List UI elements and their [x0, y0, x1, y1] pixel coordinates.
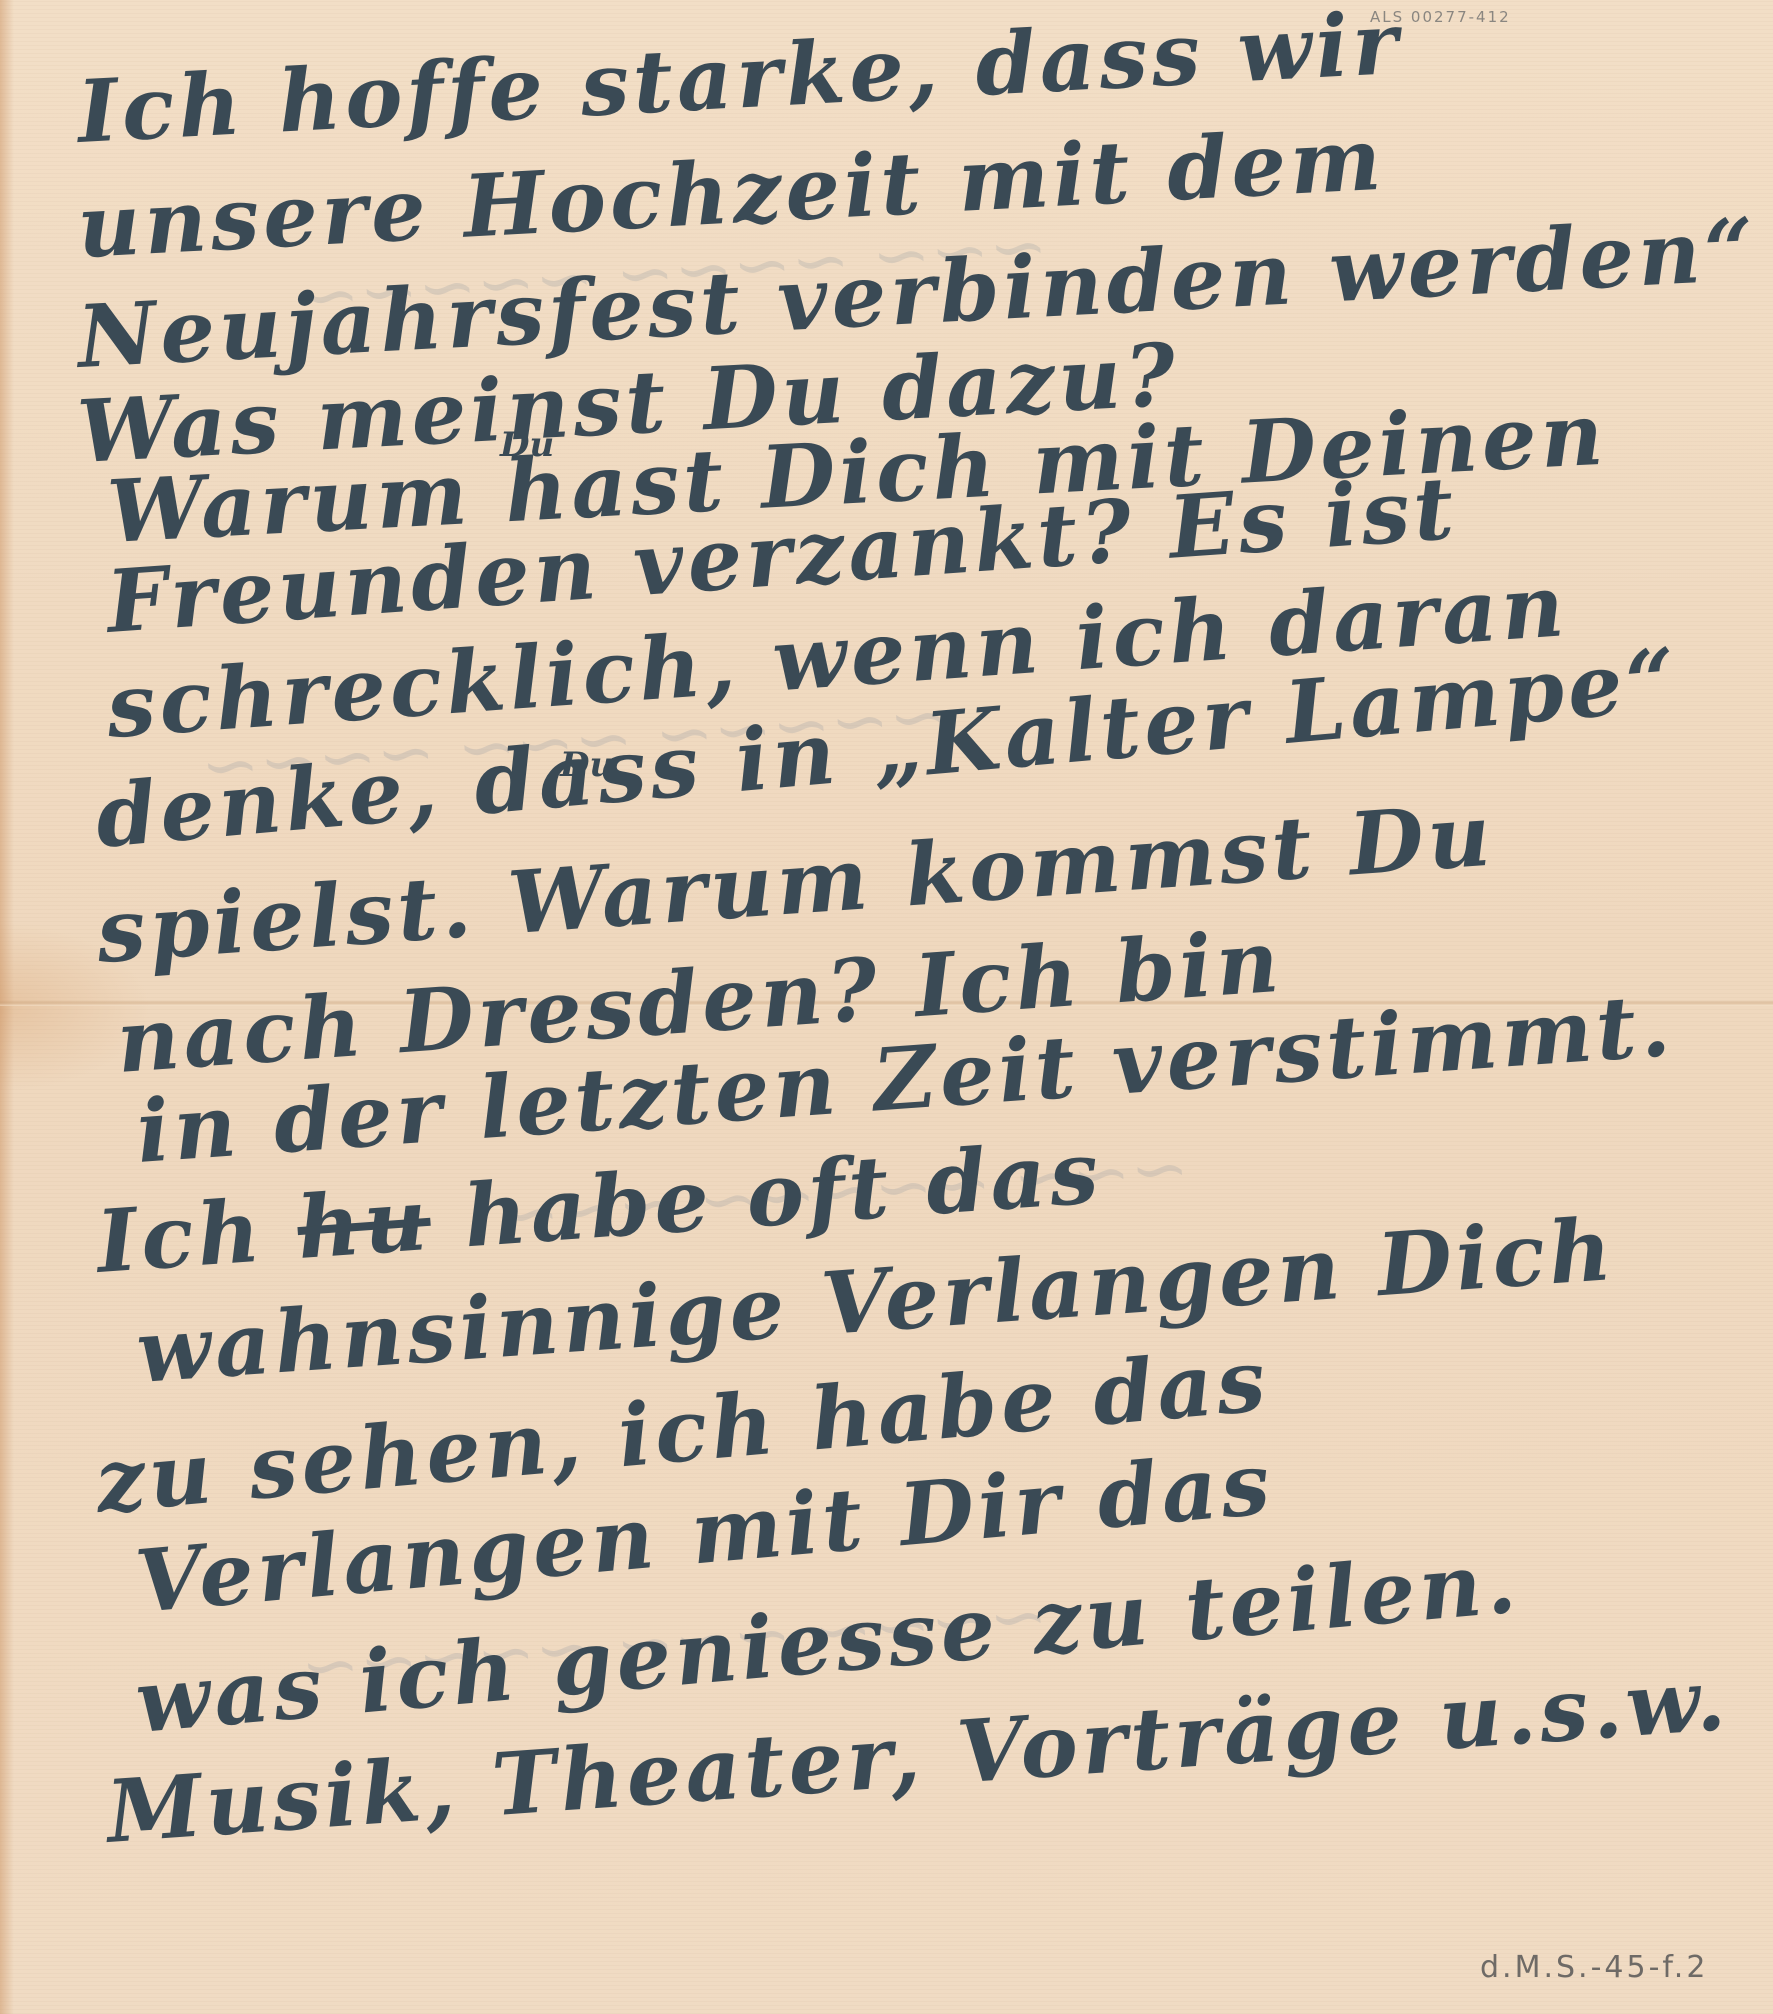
letter-page: ~~~ ~~~~ ~~~~~ ~~~~~ ~~~ ~~~~ ~~~ ~~~~~ … — [0, 0, 1773, 2014]
line-text: Ich — [93, 1178, 301, 1293]
shelfmark-annotation: d.M.S.-45-f.2 — [1480, 1950, 1708, 1985]
struck-through-word: hu — [294, 1169, 434, 1279]
letter-text: Ich hoffe starke, dass wir unsere Hochze… — [0, 0, 1773, 2014]
